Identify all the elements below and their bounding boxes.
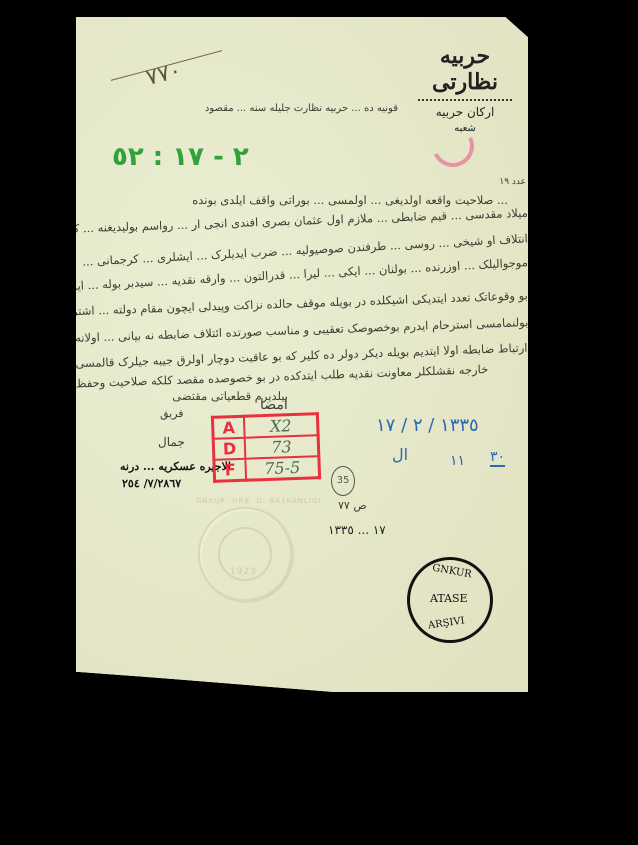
signature-rank: فریق [160,407,184,420]
body-line: بولنمامسی استرحام ایدرم بوخصوصک تعقیبی و… [75,317,529,344]
archive-stamp-center: ATASE [430,592,468,605]
letterhead-divider [418,99,512,101]
embossed-seal-text: GNKUR. HRB. D. BAŞKANLIĞI [196,497,321,505]
margin-note: عدد ١٩ [499,177,526,187]
bottom-date: ١٧ ... ١٣٣٥ [328,523,386,537]
letterhead-title: حربیه نظارتی [410,43,520,95]
red-registry-stamp: A X2 D 73 F 75-5 [211,412,321,483]
archive-stamp: GNKUR ATASE ARŞIVI [407,557,493,643]
stamp-label: F [214,459,246,482]
body-line: بو وقوعاتک تعدد ایتدیکی اشیکلده در بویله… [29,290,528,319]
stamp-row: F 75-5 [214,456,320,481]
embossed-seal-year: 1923 [230,567,257,577]
circled-number: 35 [331,466,355,496]
stamp-label: D [213,438,245,460]
blue-number: ١١ [450,453,465,469]
green-reference-number: ٢ - ١٧ : ٥٢ [112,142,249,172]
stamp-value: 75-5 [245,456,319,480]
signature-name: جمال [158,435,185,449]
blue-number-right: ٣٠ [490,449,505,467]
archive-stamp-bottom: ARŞIVI [427,615,465,631]
letter-body: ... صلاحیت واقعه اولدیغی ... اولمسی ... … [76,195,528,405]
stamp-label: A [212,416,244,439]
letterhead-subtitle: ارکان حربیه [410,105,520,119]
blue-note: ال [392,445,408,464]
center-signature: امضا [260,397,288,413]
stamp-value: X2 [244,414,318,438]
body-line: ... صلاحیت واقعه اولدیغی ... اولمسی ... … [192,195,508,207]
file-number: ٧٧٠ [144,58,184,91]
body-line: میلاد مقدسی ... قیم ضابطی ... ملازم اول … [0,208,528,238]
blue-date: ١٣٣٥ / ٢ / ١٧ [376,415,479,436]
footer-number: ٧/٢٨٦٧/ ٢٥٤ [122,477,181,490]
embossed-seal: 1923 GNKUR. HRB. D. BAŞKANLIĞI [198,507,292,601]
stamp-value: 73 [245,435,319,459]
letterhead: حربیه نظارتی ارکان حربیه شعبه [410,43,520,134]
document-page: ٧٧٠ حربیه نظارتی ارکان حربیه شعبه قونیه … [76,17,528,692]
addressee-line: قونیه ده ... حربیه نظارت جلیله سنه ... م… [205,103,398,114]
bottom-mark: ص ٧٧ [338,499,367,512]
file-number-text: ٧٧٠ [144,58,184,91]
archive-stamp-top: GNKUR [431,563,472,581]
